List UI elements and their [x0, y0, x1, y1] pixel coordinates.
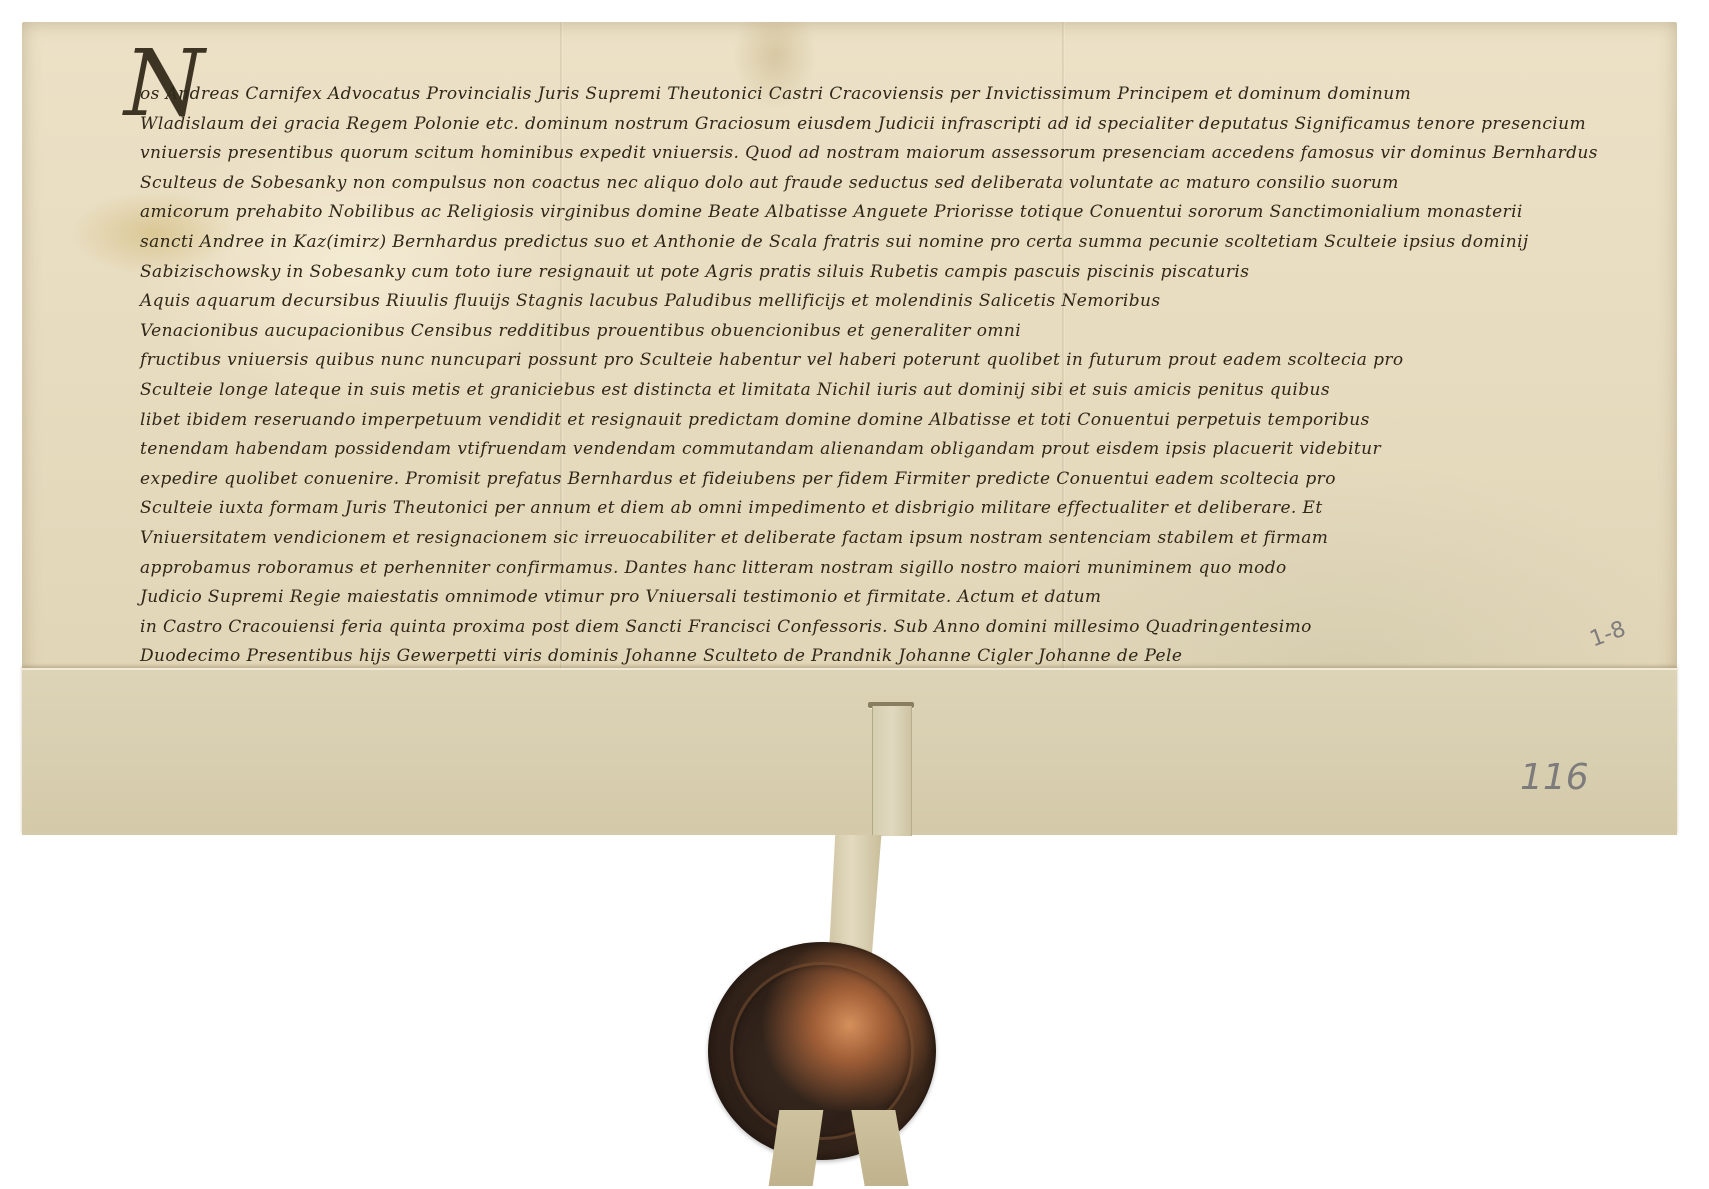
shelf-number: 116	[1520, 757, 1589, 798]
text-line: Sculteie iuxta formam Juris Theutonici p…	[140, 494, 1620, 524]
text-line: Venacionibus aucupacionibus Censibus red…	[140, 317, 1620, 347]
text-line: Judicio Supremi Regie maiestatis omnimod…	[140, 583, 1620, 613]
text-line: Aquis aquarum decursibus Riuulis fluuijs…	[140, 287, 1620, 317]
text-line: os Andreas Carnifex Advocatus Provincial…	[140, 80, 1620, 110]
text-line: in Castro Cracouiensi feria quinta proxi…	[140, 613, 1620, 643]
text-line: vniuersis presentibus quorum scitum homi…	[140, 139, 1620, 169]
text-line: approbamus roboramus et perhenniter conf…	[140, 554, 1620, 584]
plica-fold	[22, 668, 1677, 835]
text-line: libet ibidem reseruando imperpetuum vend…	[140, 406, 1620, 436]
text-line: tenendam habendam possidendam vtifruenda…	[140, 435, 1620, 465]
text-line: amicorum prehabito Nobilibus ac Religios…	[140, 198, 1620, 228]
text-line: expedire quolibet conuenire. Promisit pr…	[140, 465, 1620, 495]
charter-text: os Andreas Carnifex Advocatus Provincial…	[140, 80, 1620, 761]
text-line: Vniuersitatem vendicionem et resignacion…	[140, 524, 1620, 554]
text-line: Sculteus de Sobesanky non compulsus non …	[140, 169, 1620, 199]
parchment-charter: N os Andreas Carnifex Advocatus Provinci…	[22, 22, 1677, 835]
text-line: sancti Andree in Kaz(imirz) Bernhardus p…	[140, 228, 1620, 258]
text-line: fructibus vniuersis quibus nunc nuncupar…	[140, 346, 1620, 376]
wax-seal	[708, 942, 936, 1160]
seal-tag-strap	[872, 706, 912, 836]
text-line: Sculteie longe lateque in suis metis et …	[140, 376, 1620, 406]
text-line: Wladislaum dei gracia Regem Polonie etc.…	[140, 110, 1620, 140]
text-line: Sabizischowsky in Sobesanky cum toto iur…	[140, 258, 1620, 288]
seal-tag-end	[769, 1110, 824, 1186]
